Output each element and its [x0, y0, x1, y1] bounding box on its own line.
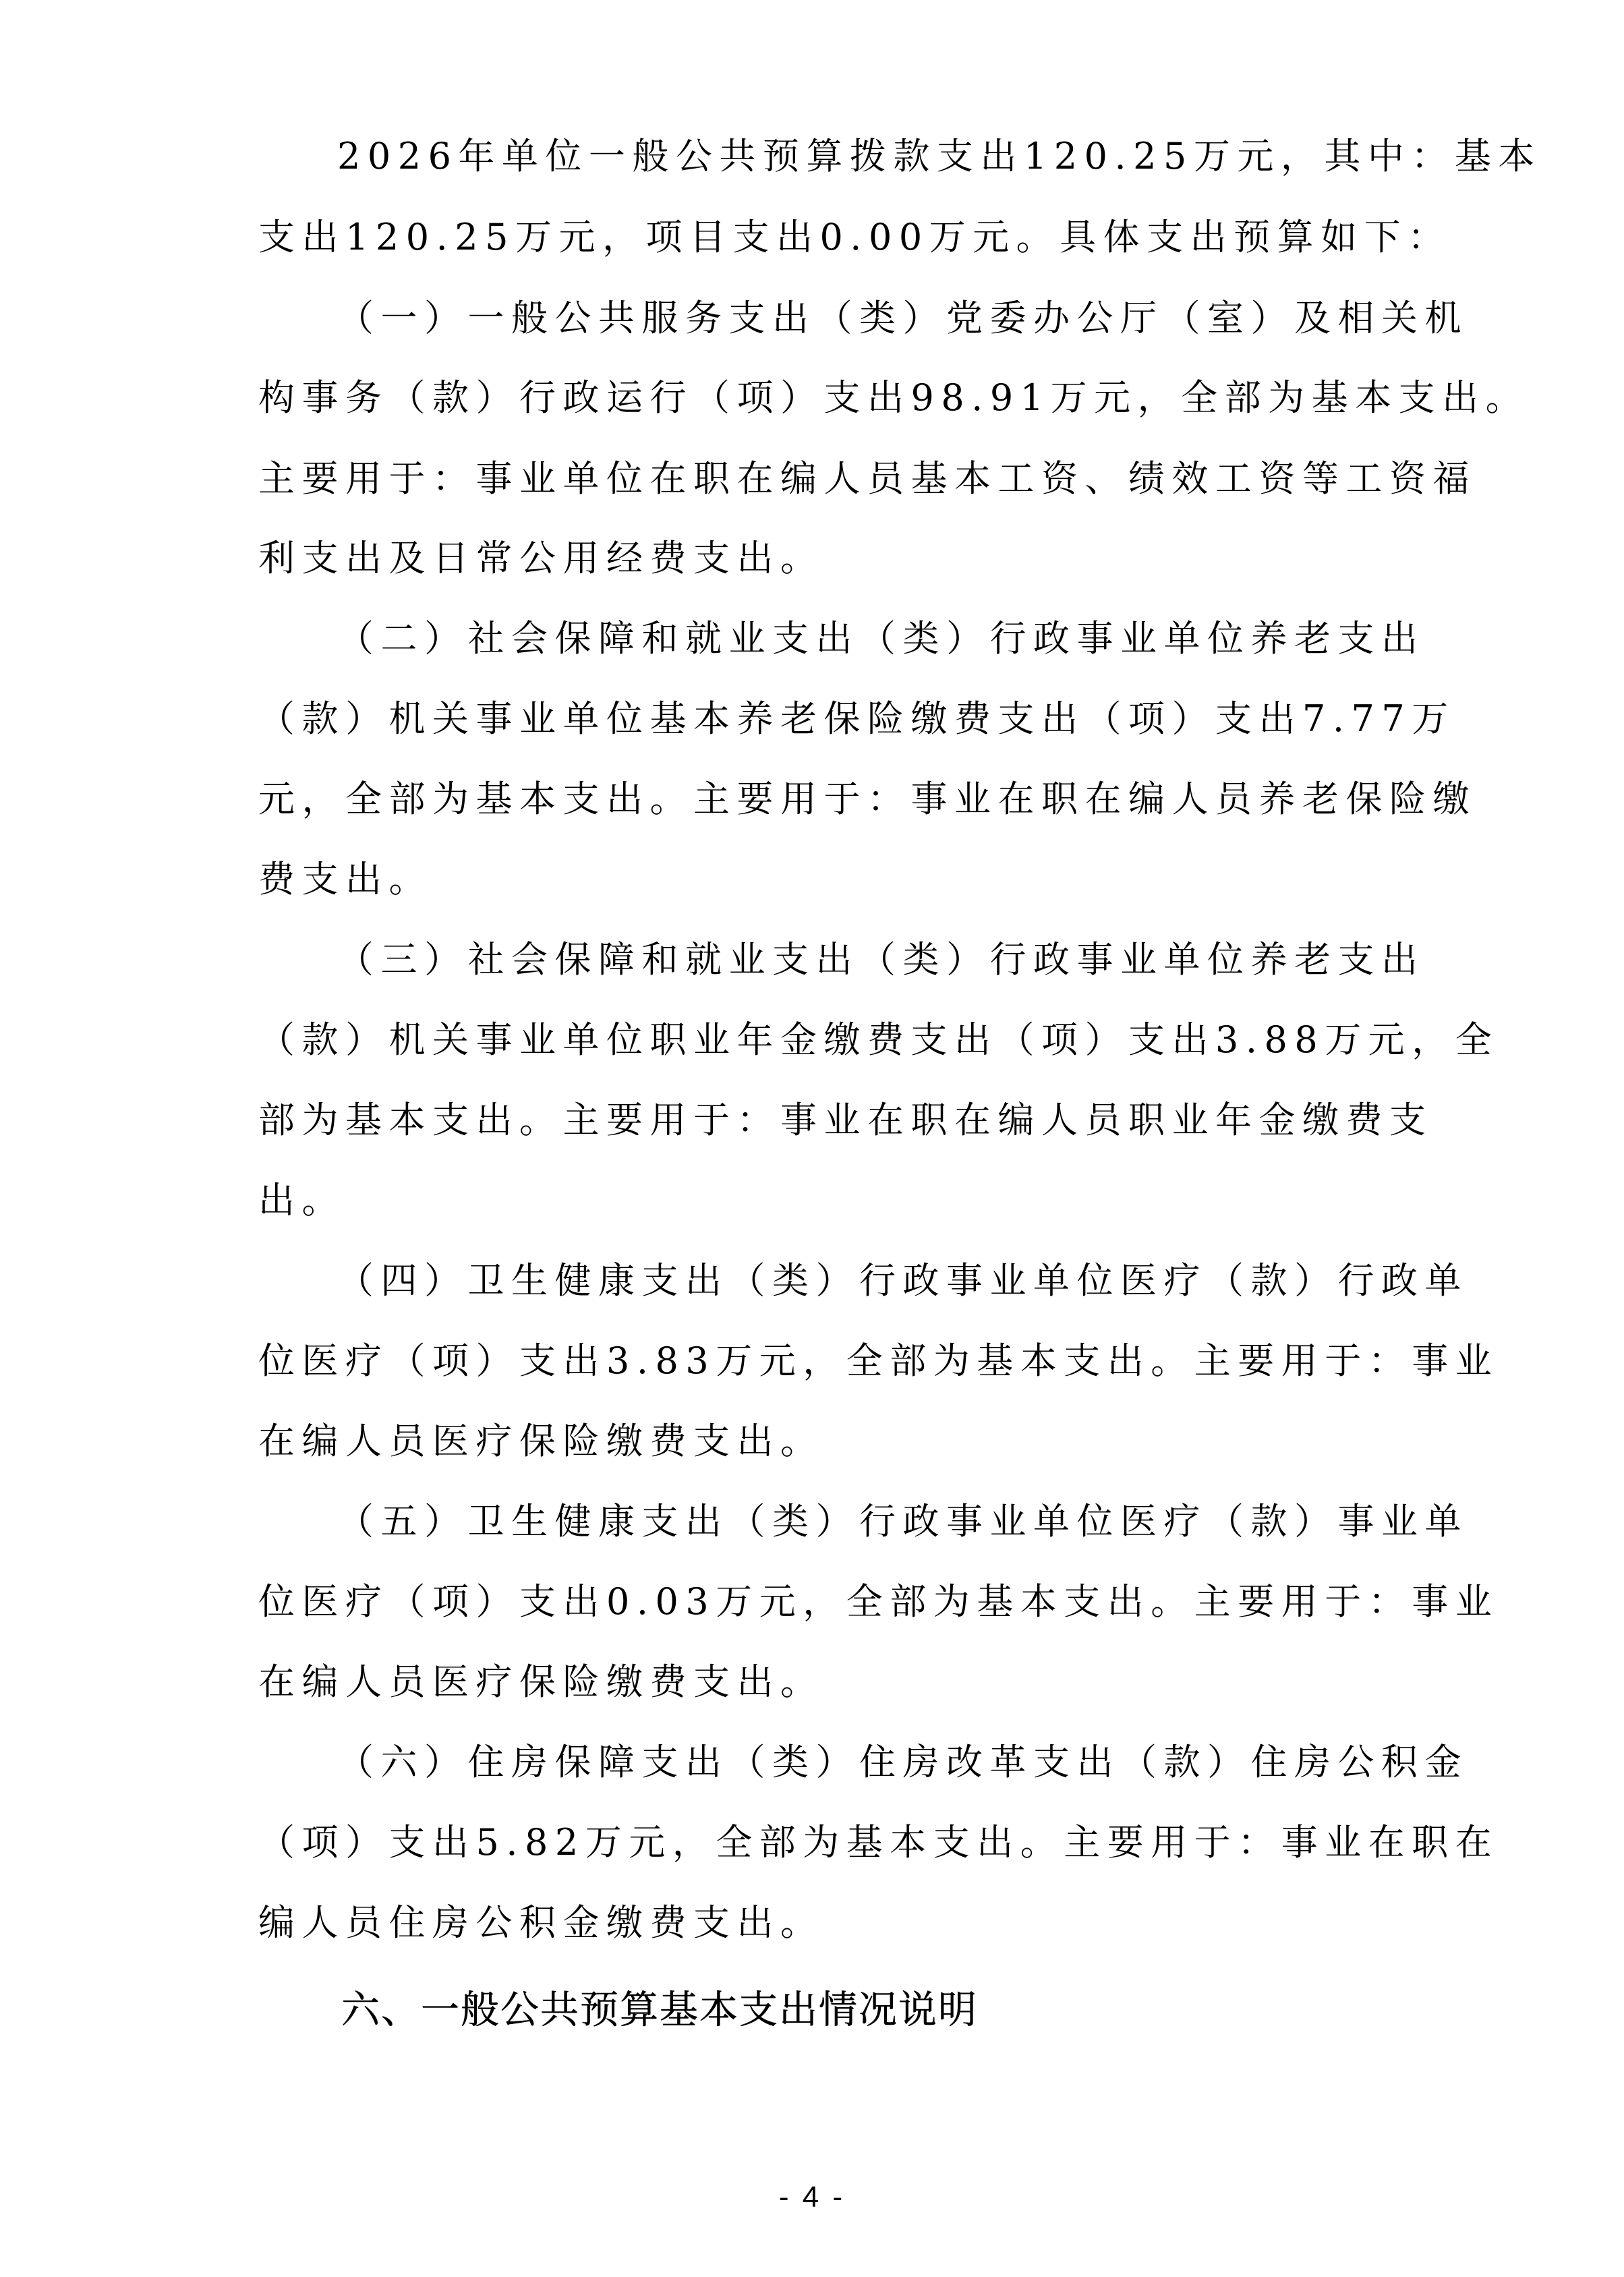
paragraph-item-1-line-1: （一）一般公共服务支出（类）党委办公厅（室）及相关机: [337, 279, 1386, 358]
paragraph-intro-line-1: 2026年单位一般公共预算拨款支出120.25万元，其中：基本: [337, 117, 1386, 196]
paragraph-item-3-line-2: （款）机关事业单位职业年金缴费支出（项）支出3.88万元，全: [258, 1000, 1386, 1080]
paragraph-item-6-line-2: （项）支出5.82万元，全部为基本支出。主要用于：事业在职在: [258, 1803, 1386, 1882]
paragraph-item-2-line-2: （款）机关事业单位基本养老保险缴费支出（项）支出7.77万: [258, 679, 1386, 759]
paragraph-item-5-line-1: （五）卫生健康支出（类）行政事业单位医疗（款）事业单: [337, 1482, 1386, 1561]
paragraph-item-3-line-1: （三）社会保障和就业支出（类）行政事业单位养老支出: [337, 920, 1386, 1000]
paragraph-item-1-line-4: 利支出及日常公用经费支出。: [258, 519, 1386, 598]
page-number: - 4 -: [0, 2177, 1624, 2218]
document-page: 2026年单位一般公共预算拨款支出120.25万元，其中：基本 支出120.25…: [0, 0, 1624, 2277]
paragraph-item-3-line-4: 出。: [258, 1161, 1386, 1240]
paragraph-intro-line-2: 支出120.25万元，项目支出0.00万元。具体支出预算如下：: [258, 198, 1386, 277]
paragraph-item-2-line-1: （二）社会保障和就业支出（类）行政事业单位养老支出: [337, 599, 1386, 679]
paragraph-item-3-line-3: 部为基本支出。主要用于：事业在职在编人员职业年金缴费支: [258, 1080, 1386, 1160]
paragraph-item-4-line-3: 在编人员医疗保险缴费支出。: [258, 1402, 1386, 1481]
paragraph-item-2-line-4: 费支出。: [258, 840, 1386, 919]
paragraph-item-1-line-3: 主要用于：事业单位在职在编人员基本工资、绩效工资等工资福: [258, 439, 1386, 519]
section-heading: 六、一般公共预算基本支出情况说明: [341, 1973, 978, 2047]
paragraph-item-6-line-3: 编人员住房公积金缴费支出。: [258, 1883, 1386, 1963]
paragraph-item-4-line-1: （四）卫生健康支出（类）行政事业单位医疗（款）行政单: [337, 1241, 1386, 1321]
paragraph-item-5-line-3: 在编人员医疗保险缴费支出。: [258, 1642, 1386, 1722]
paragraph-item-5-line-2: 位医疗（项）支出0.03万元，全部为基本支出。主要用于：事业: [258, 1562, 1386, 1642]
paragraph-item-2-line-3: 元，全部为基本支出。主要用于：事业在职在编人员养老保险缴: [258, 759, 1386, 839]
paragraph-item-1-line-2: 构事务（款）行政运行（项）支出98.91万元，全部为基本支出。: [258, 358, 1386, 438]
paragraph-item-6-line-1: （六）住房保障支出（类）住房改革支出（款）住房公积金: [337, 1723, 1386, 1802]
paragraph-item-4-line-2: 位医疗（项）支出3.83万元，全部为基本支出。主要用于：事业: [258, 1321, 1386, 1401]
